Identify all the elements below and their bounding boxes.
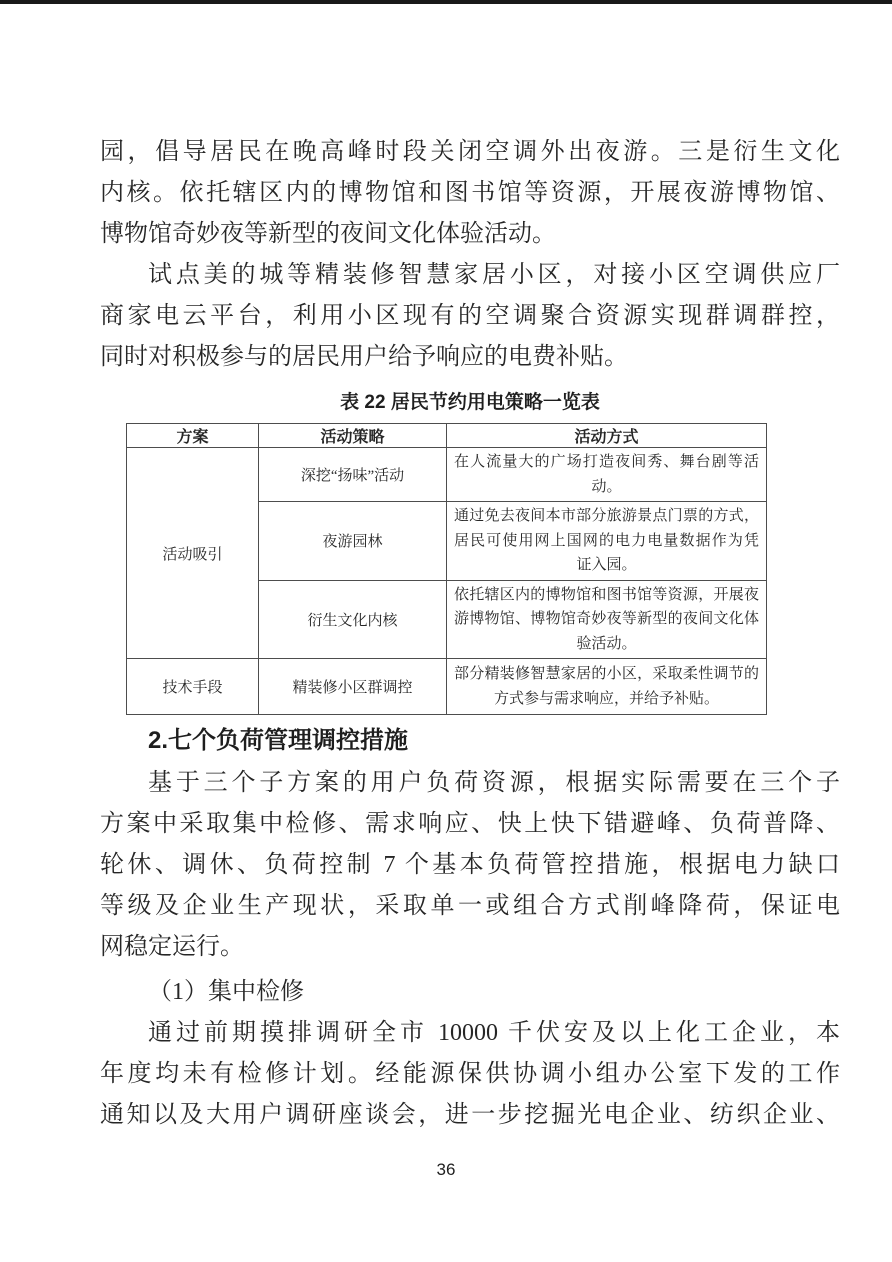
method-cell: 在人流量大的广场打造夜间秀、舞台剧等活 动。	[447, 448, 767, 502]
text-line: 试点美的城等精装修智慧家居小区，对接小区空调供应厂	[100, 255, 840, 296]
strategy-cell: 衍生文化内核	[259, 580, 447, 659]
strategy-cell: 精装修小区群调控	[259, 659, 447, 715]
table-row: 活动吸引 深挖“扬味”活动 在人流量大的广场打造夜间秀、舞台剧等活 动。	[127, 448, 767, 502]
residential-power-saving-table: 方案 活动策略 活动方式 活动吸引 深挖“扬味”活动 在人流量大的广场打造夜间秀…	[126, 423, 767, 715]
table-header-row: 方案 活动策略 活动方式	[127, 424, 767, 448]
scan-edge-top	[0, 0, 892, 4]
text-line: 内核。依托辖区内的博物馆和图书馆等资源，开展夜游博物馆、	[100, 173, 840, 214]
method-line: 证入园。	[454, 553, 759, 578]
text-line: 园，倡导居民在晚高峰时段关闭空调外出夜游。三是衍生文化	[100, 132, 840, 173]
strategy-cell: 夜游园林	[259, 502, 447, 581]
text-line: 同时对积极参与的居民用户给予响应的电费补贴。	[100, 337, 840, 378]
text-line: 博物馆奇妙夜等新型的夜间文化体验活动。	[100, 214, 840, 255]
strategy-cell: 深挖“扬味”活动	[259, 448, 447, 502]
column-header-strategy: 活动策略	[259, 424, 447, 448]
method-cell: 部分精装修智慧家居的小区，采取柔性调节的 方式参与需求响应，并给予补贴。	[447, 659, 767, 715]
method-line: 动。	[454, 475, 759, 500]
text-line: 通知以及大用户调研座谈会，进一步挖掘光电企业、纺织企业、	[100, 1095, 840, 1136]
table-row: 技术手段 精装修小区群调控 部分精装修智慧家居的小区，采取柔性调节的 方式参与需…	[127, 659, 767, 715]
method-line: 部分精装修智慧家居的小区，采取柔性调节的	[454, 662, 759, 687]
text-line: 基于三个子方案的用户负荷资源，根据实际需要在三个子	[100, 763, 840, 804]
text-line: 等级及企业生产现状，采取单一或组合方式削峰降荷，保证电	[100, 886, 840, 927]
text-line: 轮休、调休、负荷控制 7 个基本负荷管控措施，根据电力缺口	[100, 845, 840, 886]
text-line: （1）集中检修	[100, 972, 840, 1013]
scheme-cell: 技术手段	[127, 659, 259, 715]
page-number: 36	[0, 1160, 892, 1180]
method-line: 游博物馆、博物馆奇妙夜等新型的夜间文化体	[454, 607, 759, 632]
section-heading: 2.七个负荷管理调控措施	[100, 724, 840, 757]
method-line: 在人流量大的广场打造夜间秀、舞台剧等活	[454, 450, 759, 475]
method-cell: 依托辖区内的博物馆和图书馆等资源，开展夜 游博物馆、博物馆奇妙夜等新型的夜间文化…	[447, 580, 767, 659]
text-line: 网稳定运行。	[100, 927, 840, 968]
text-line: 年度均未有检修计划。经能源保供协调小组办公室下发的工作	[100, 1054, 840, 1095]
page-content: 园，倡导居民在晚高峰时段关闭空调外出夜游。三是衍生文化 内核。依托辖区内的博物馆…	[100, 132, 840, 1136]
scheme-cell: 活动吸引	[127, 448, 259, 659]
text-line: 通过前期摸排调研全市 10000 千伏安及以上化工企业，本	[100, 1013, 840, 1054]
method-line: 验活动。	[454, 632, 759, 657]
column-header-method: 活动方式	[447, 424, 767, 448]
table-caption: 表 22 居民节约用电策略一览表	[100, 388, 840, 418]
text-line: 商家电云平台，利用小区现有的空调聚合资源实现群调群控，	[100, 296, 840, 337]
method-line: 方式参与需求响应，并给予补贴。	[454, 687, 759, 712]
method-line: 通过免去夜间本市部分旅游景点门票的方式，	[454, 504, 759, 529]
method-line: 居民可使用网上国网的电力电量数据作为凭	[454, 529, 759, 554]
method-cell: 通过免去夜间本市部分旅游景点门票的方式， 居民可使用网上国网的电力电量数据作为凭…	[447, 502, 767, 581]
column-header-scheme: 方案	[127, 424, 259, 448]
method-line: 依托辖区内的博物馆和图书馆等资源，开展夜	[454, 583, 759, 608]
text-line: 方案中采取集中检修、需求响应、快上快下错避峰、负荷普降、	[100, 804, 840, 845]
